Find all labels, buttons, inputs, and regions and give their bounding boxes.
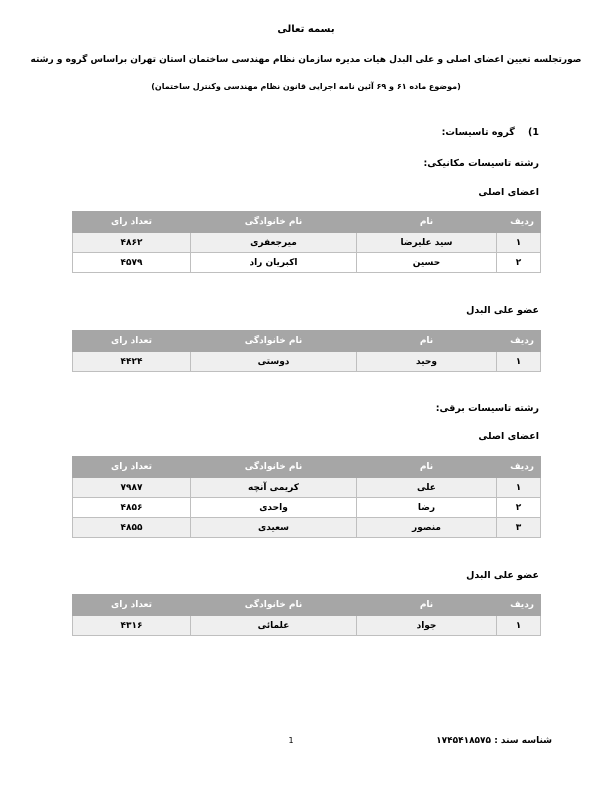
row-first-name: منصور [357,518,497,538]
table-header-row: ردیف نام نام خانوادگی تعداد رای [73,331,541,352]
column-header-index: ردیف [497,457,541,478]
row-last-name: واحدی [191,498,357,518]
column-header-first-name: نام [357,212,497,233]
row-last-name: علمائی [191,616,357,636]
document-subtitle: (موضوع ماده ۶۱ و ۶۹ آئین نامه اجرایی قان… [0,82,612,91]
column-header-votes: تعداد رای [73,331,191,352]
page-number: 1 [286,736,296,745]
principal-members-table-mechanical: ردیف نام نام خانوادگی تعداد رای ۱ سید عل… [72,211,541,273]
alternate-member-table-electrical: ردیف نام نام خانوادگی تعداد رای ۱ جواد ع… [72,594,541,636]
document-page: بسمه تعالی صورتجلسه تعیین اعضای اصلی و ع… [0,0,612,792]
row-votes: ۴۸۵۵ [73,518,191,538]
column-header-first-name: نام [357,595,497,616]
row-last-name: دوستی [191,352,357,372]
row-last-name: کریمی آنچه [191,478,357,498]
table-row: ۱ وحید دوستی ۴۴۲۴ [73,352,541,372]
table-row: ۱ سید علیرضا میرجعفری ۴۸۶۲ [73,233,541,253]
group-number: 1) [528,127,539,138]
column-header-votes: تعداد رای [73,595,191,616]
table-row: ۲ حسین اکبریان راد ۴۵۷۹ [73,253,541,273]
column-header-last-name: نام خانوادگی [191,595,357,616]
group-title: گروه تاسیسات: [442,127,515,138]
row-index: ۲ [497,253,541,273]
row-index: ۱ [497,352,541,372]
section-title-electrical: رشته تاسیسات برقی: [436,403,539,414]
row-votes: ۷۹۸۷ [73,478,191,498]
alternate-member-heading-electrical: عضو علی البدل [466,570,539,581]
column-header-last-name: نام خانوادگی [191,457,357,478]
row-first-name: حسین [357,253,497,273]
row-first-name: جواد [357,616,497,636]
row-index: ۳ [497,518,541,538]
row-last-name: اکبریان راد [191,253,357,273]
alternate-member-heading-mechanical: عضو علی البدل [466,305,539,316]
principal-members-heading-mechanical: اعضای اصلی [478,187,539,198]
table-row: ۲ رضا واحدی ۴۸۵۶ [73,498,541,518]
table-row: ۳ منصور سعیدی ۴۸۵۵ [73,518,541,538]
document-id-label: شناسه سند : [494,736,552,746]
document-id: شناسه سند : ۱۷۴۵۴۱۸۵۷۵ [436,736,552,746]
row-votes: ۴۵۷۹ [73,253,191,273]
column-header-index: ردیف [497,212,541,233]
table-header-row: ردیف نام نام خانوادگی تعداد رای [73,457,541,478]
alternate-member-table-mechanical: ردیف نام نام خانوادگی تعداد رای ۱ وحید د… [72,330,541,372]
group-heading: 1) گروه تاسیسات: [442,127,539,138]
table-row: ۱ جواد علمائی ۴۳۱۶ [73,616,541,636]
column-header-votes: تعداد رای [73,212,191,233]
row-votes: ۴۸۵۶ [73,498,191,518]
column-header-last-name: نام خانوادگی [191,212,357,233]
column-header-first-name: نام [357,331,497,352]
row-votes: ۴۳۱۶ [73,616,191,636]
row-last-name: میرجعفری [191,233,357,253]
table-header-row: ردیف نام نام خانوادگی تعداد رای [73,595,541,616]
section-title-mechanical: رشته تاسیسات مکانیکی: [423,158,539,169]
column-header-index: ردیف [497,595,541,616]
row-index: ۱ [497,616,541,636]
row-index: ۱ [497,233,541,253]
row-votes: ۴۴۲۴ [73,352,191,372]
bismillah-heading: بسمه تعالی [0,24,612,35]
principal-members-heading-electrical: اعضای اصلی [478,431,539,442]
column-header-last-name: نام خانوادگی [191,331,357,352]
row-first-name: سید علیرضا [357,233,497,253]
row-index: ۲ [497,498,541,518]
row-first-name: رضا [357,498,497,518]
table-row: ۱ علی کریمی آنچه ۷۹۸۷ [73,478,541,498]
document-id-value: ۱۷۴۵۴۱۸۵۷۵ [436,736,491,746]
column-header-index: ردیف [497,331,541,352]
row-first-name: علی [357,478,497,498]
row-last-name: سعیدی [191,518,357,538]
document-title: صورتجلسه تعیین اعضای اصلی و علی البدل هی… [0,55,612,65]
row-first-name: وحید [357,352,497,372]
principal-members-table-electrical: ردیف نام نام خانوادگی تعداد رای ۱ علی کر… [72,456,541,538]
table-header-row: ردیف نام نام خانوادگی تعداد رای [73,212,541,233]
column-header-first-name: نام [357,457,497,478]
row-votes: ۴۸۶۲ [73,233,191,253]
column-header-votes: تعداد رای [73,457,191,478]
row-index: ۱ [497,478,541,498]
